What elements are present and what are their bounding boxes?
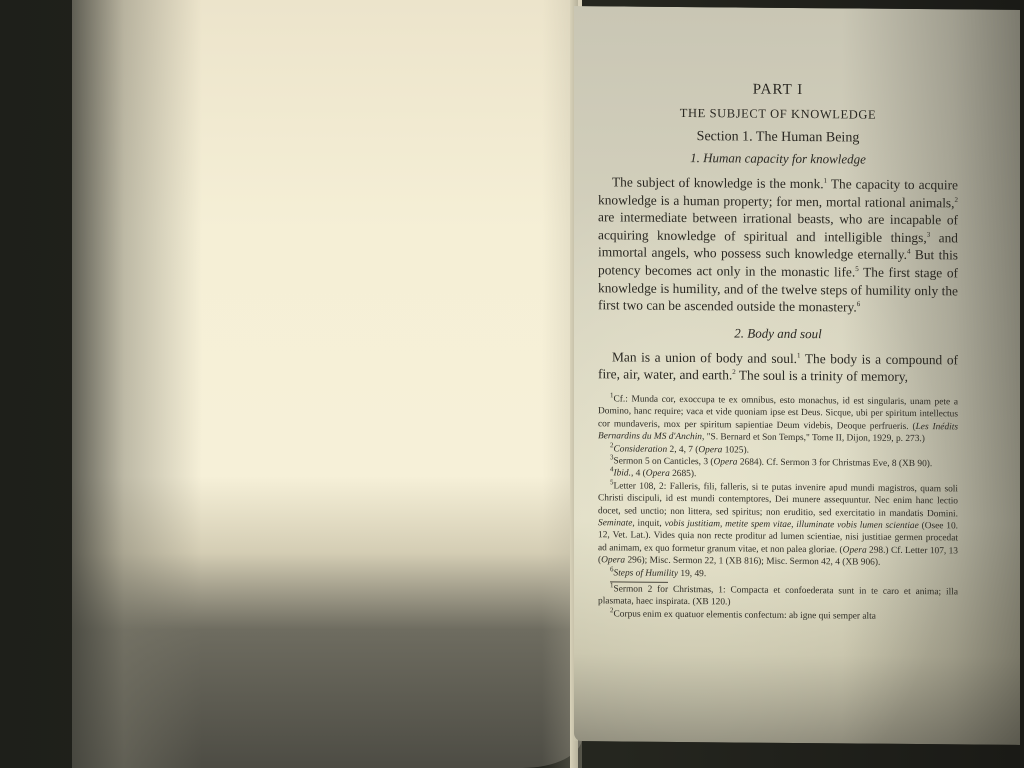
page-text: PART I THE SUBJECT OF KNOWLEDGE Section … bbox=[598, 80, 958, 623]
subsection-number: 2. bbox=[734, 325, 744, 340]
footnote-ref: 2 bbox=[732, 368, 736, 376]
footnote: 1Sermon 2 for Christmas, 1: Compacta et … bbox=[598, 583, 958, 611]
right-page: PART I THE SUBJECT OF KNOWLEDGE Section … bbox=[574, 6, 1020, 745]
footnote-ref: 5 bbox=[855, 265, 859, 273]
photo-scene: PART I THE SUBJECT OF KNOWLEDGE Section … bbox=[0, 0, 1024, 768]
footnote-ref: 3 bbox=[927, 230, 931, 238]
part-subtitle: THE SUBJECT OF KNOWLEDGE bbox=[598, 105, 958, 123]
footnote-mark: 3 bbox=[610, 453, 614, 461]
footnote: 1Cf.: Munda cor, exoccupa te ex omnibus,… bbox=[598, 393, 958, 446]
footnote: 6Steps of Humility 19, 49. bbox=[598, 567, 958, 583]
footnote-ref: 6 bbox=[857, 300, 861, 308]
footnotes-section-2: 1Sermon 2 for Christmas, 1: Compacta et … bbox=[598, 583, 958, 623]
section-title: Section 1. The Human Being bbox=[598, 128, 958, 147]
part-title: PART I bbox=[598, 80, 958, 100]
footnotes-section-1: 1Cf.: Munda cor, exoccupa te ex omnibus,… bbox=[598, 393, 958, 582]
subsection-number: 1. bbox=[690, 150, 700, 165]
footnote-mark: 1 bbox=[610, 581, 614, 589]
footnote-ref: 1 bbox=[824, 177, 828, 185]
footnote-ref: 1 bbox=[797, 351, 801, 359]
subsection-title: Body and soul bbox=[747, 325, 821, 341]
body-paragraph-1: The subject of knowledge is the monk.1 T… bbox=[598, 173, 958, 317]
footnote-mark: 5 bbox=[610, 478, 614, 486]
body-paragraph-2: Man is a union of body and soul.1 The bo… bbox=[598, 348, 958, 386]
footnote-ref: 2 bbox=[955, 195, 959, 203]
footnote: 5Letter 108, 2: Falleris, fili, falleris… bbox=[598, 480, 958, 570]
left-page-blank bbox=[72, 0, 582, 768]
subsection-heading-1: 1. Human capacity for knowledge bbox=[598, 149, 958, 168]
subsection-heading-2: 2. Body and soul bbox=[598, 324, 958, 343]
footnote-mark: 2 bbox=[610, 606, 614, 614]
footnote: 2Corpus enim ex quatuor elementis confec… bbox=[598, 608, 958, 624]
footnote-ref: 4 bbox=[907, 248, 911, 256]
footnote-mark: 1 bbox=[610, 391, 614, 399]
subsection-title: Human capacity for knowledge bbox=[703, 150, 866, 166]
